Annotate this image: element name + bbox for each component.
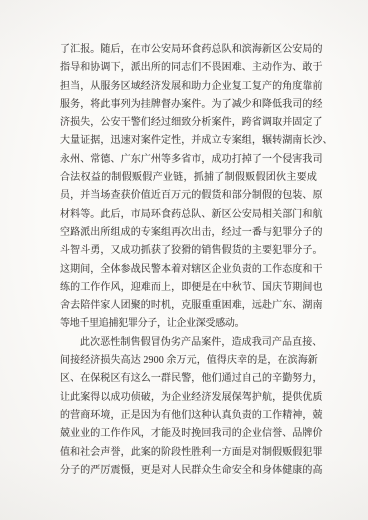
text-line: 担当，从服务区域经济发展和助力企业复工复产的角度靠前	[60, 78, 317, 96]
text-line: 这期间，全体参战民警本着对辖区企业负责的工作态度和干	[60, 261, 317, 279]
text-line: 空路派出所组成的专案组再次出击，经过一番与犯罪分子的	[60, 224, 317, 242]
text-line: 材料等。此后，市局环食药总队、新区公安局相关部门和航	[60, 206, 317, 224]
text-line: 兢业业的工作作风，才能及时挽回我司的企业信誉、品牌价	[60, 425, 317, 443]
text-line: 让此案得以成功侦破，为企业经济发展保驾护航，提供优质	[60, 389, 317, 407]
paragraph-2: 此次恶性制售假冒伪劣产品案件，造成我司产品直接、 间接经济损失高达 2900 余…	[60, 334, 317, 480]
text-line: 员，并当场查获价值近百万元的假货和部分制假的包装、原	[60, 187, 317, 205]
text-line: 练的工作作风，迎难而上，即便是在中秋节、国庆节期间也	[60, 279, 317, 297]
text-line: 的营商环境，正是因为有他们这种认真负责的工作精神，兢	[60, 407, 317, 425]
text-line: 此次恶性制售假冒伪劣产品案件，造成我司产品直接、	[60, 334, 317, 352]
text-line: 值和社会声誉，此案的阶段性胜利一方面是对制假贩假犯罪	[60, 444, 317, 462]
text-line: 了汇报。随后，在市公安局环食药总队和滨海新区公安局的	[60, 41, 317, 59]
text-line: 斗智斗勇，又成功抓获了狡猾的销售假货的主要犯罪分子。	[60, 242, 317, 260]
text-line: 分子的严厉震慑，更是对人民群众生命安全和身体健康的高	[60, 462, 317, 480]
text-line: 指导和协调下，派出所的同志们不畏困难、主动作为、敢于	[60, 59, 317, 77]
text-line: 区、在保税区有这么一群民警，他们通过自己的辛勤努力，	[60, 370, 317, 388]
document-page: 了汇报。随后，在市公安局环食药总队和滨海新区公安局的 指导和协调下，派出所的同志…	[0, 0, 368, 520]
text-line: 大量证据，迅速对案件定性，并成立专案组，辗转湖南长沙、	[60, 132, 317, 150]
text-line: 间接经济损失高达 2900 余万元，值得庆幸的是，在滨海新	[60, 352, 317, 370]
text-line: 舍去陪伴家人团聚的时机，克服重重困难，远赴广东、湖南	[60, 297, 317, 315]
text-line: 合法权益的制假贩假产业链，抓捕了制假贩假团伙主要成	[60, 169, 317, 187]
text-line: 济损失，公安干警们经过细致分析案件，跨省调取并固定了	[60, 114, 317, 132]
paragraph-1: 了汇报。随后，在市公安局环食药总队和滨海新区公安局的 指导和协调下，派出所的同志…	[60, 41, 317, 334]
text-line: 等地千里追捕犯罪分子，让企业深受感动。	[60, 315, 317, 333]
text-line: 服务，将此事列为挂牌督办案件。为了减少和降低我司的经	[60, 96, 317, 114]
document-text-block: 了汇报。随后，在市公安局环食药总队和滨海新区公安局的 指导和协调下，派出所的同志…	[60, 41, 317, 480]
text-line: 永州、常德、广东广州等多省市，成功打掉了一个侵害我司	[60, 151, 317, 169]
